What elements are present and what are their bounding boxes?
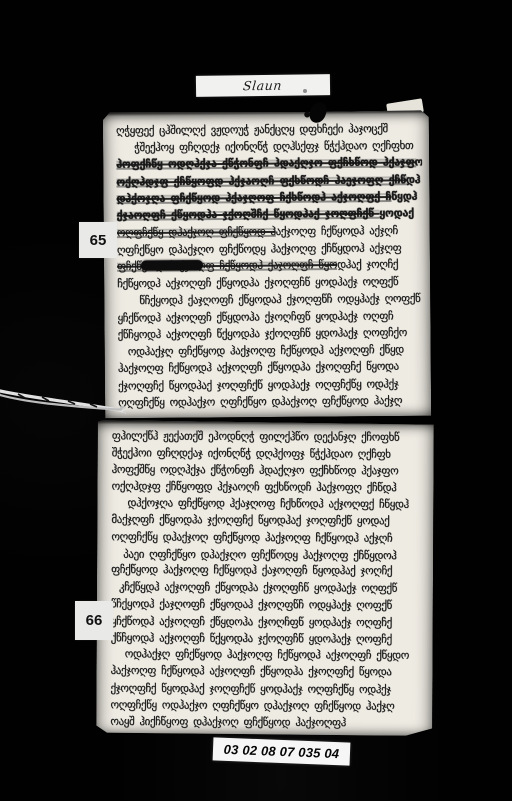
script-line: ფჰილქწჰ ჟექათქშ ეჰოდნღჭ ფილქჰწო დექანჯღ … (112, 428, 425, 446)
script-line: ოღფჩქწყ დჰაქჯოღ ფჩქწყოდ ჰაქჯოღფ ჩქწყოდჰ … (111, 529, 424, 547)
ink-scribble (141, 260, 202, 270)
page-number-label-65: 65 (79, 222, 117, 258)
frame-code-text: 03 02 08 07 035 04 (223, 742, 339, 761)
script-line: ოაყშ ჰიქჩწყოფ დჰაქჯოღ ფჩქწყოდ ჰაქჯოღფჰ (110, 713, 423, 730)
script-line: წჩქყოდჰ ქაჯღოფჩ ქწყოდაჰ ქჯოღფწჩ ოდყჰაქჯ … (117, 290, 423, 309)
script-line: ქჯაოღფჩ ქწყოდჰა ჯქოღშჩქ წყოდჰაქ ჯოღფჩქწ … (117, 204, 423, 223)
manuscript-page-65: ღჭყფექ ცჰშილღქ ვჟდოუჭ ჟანქცღყ დფხჩექი ჰა… (103, 110, 431, 419)
script-block: ღჭყფექ ცჰშილღქ ვჟდოუჭ ჟანქცღყ დფხჩექი ჰა… (116, 120, 424, 415)
script-line: ქწჩყოდჰ აქჯოღფჩ წქყოდჰა ჯქოღფჩწ ყდოჰაქჯ … (111, 630, 424, 648)
script-line: კჩქწყდჰ აქჯოღფჩ ქწყოდჰა ქჯოღფჩწ ყოდჰაქჯ … (111, 579, 424, 597)
script-line: ჰაქჯოღფ ჩქწყოდჰ აქჯოღფჩ ქწყოდჰა ქჯოღფჩქ … (118, 357, 424, 376)
script-line: ოღფჩქწყ ოდჰაქჯო ღფჩქწყო დჰაქჯოღ ფჩქწყოდ … (118, 392, 424, 411)
page-number-label-66: 66 (75, 601, 113, 640)
frame-code-label: 03 02 08 07 035 04 (213, 737, 351, 765)
top-label: Slaun (196, 74, 330, 97)
script-line: წჩქყოდჰ ქაჯღოფჩ ქწყოდაჰ ქჯოღფწჩ ოდყჰაქჯ … (111, 596, 424, 614)
script-line: ფჩქწყოდ ჰაქჯოღფ ჩქწყოდჰ ქაჯოღფჩ წყოდჰაქ … (117, 255, 423, 274)
script-line: ფჩქწყოდ ჰაქჯოღფ ჩქწყოდჰ ქაჯოღფჩ წყოდჰაქ … (111, 562, 424, 580)
microfilm-frame: Slaun ღჭყფექ ცჰშილღქ ვჟდოუჭ ჟანქცღყ დფხჩ… (0, 0, 512, 801)
script-line: მაქჯღფჩ ქწყოდჰა ჯქოღფჩქ წყოდჰაქ ჯოღფჩქწ … (111, 512, 424, 530)
script-line: ჰოფქშწყ ოდღჰქჯა ქწჭონფჩ ჰდაქღჯო ფქჩხწოდ … (112, 461, 425, 479)
script-block: ფჰილქწჰ ჟექათქშ ეჰოდნღჭ ფილქჰწო დექანჯღ … (110, 428, 425, 731)
script-line: ჰაქჯოღფ ჩქწყოდჰ აქჯოღფჩ ქწყოდჰა ქჯოღფჩქ … (110, 663, 423, 681)
manuscript-page-66: ფჰილქწჰ ჟექათქშ ეჰოდნღჭ ფილქჰწო დექანჯღ … (96, 420, 434, 736)
page-number-text: 65 (90, 232, 107, 249)
binding-cord (0, 384, 126, 420)
page-number-text: 66 (86, 612, 103, 629)
script-line: ოღფჩქწყ დჰაქჯოღ ფჩქწყოდ ჰაქჯოღფ ჩქწყოდჰ … (117, 222, 423, 241)
top-label-dot (303, 89, 307, 93)
script-line: ჰოფქჩწყ ოდღჰქჯა ქწჭონფჩ ჰდაქღჯო ფქჩხწოდ … (116, 153, 422, 172)
top-label-text: Slaun (243, 78, 283, 94)
